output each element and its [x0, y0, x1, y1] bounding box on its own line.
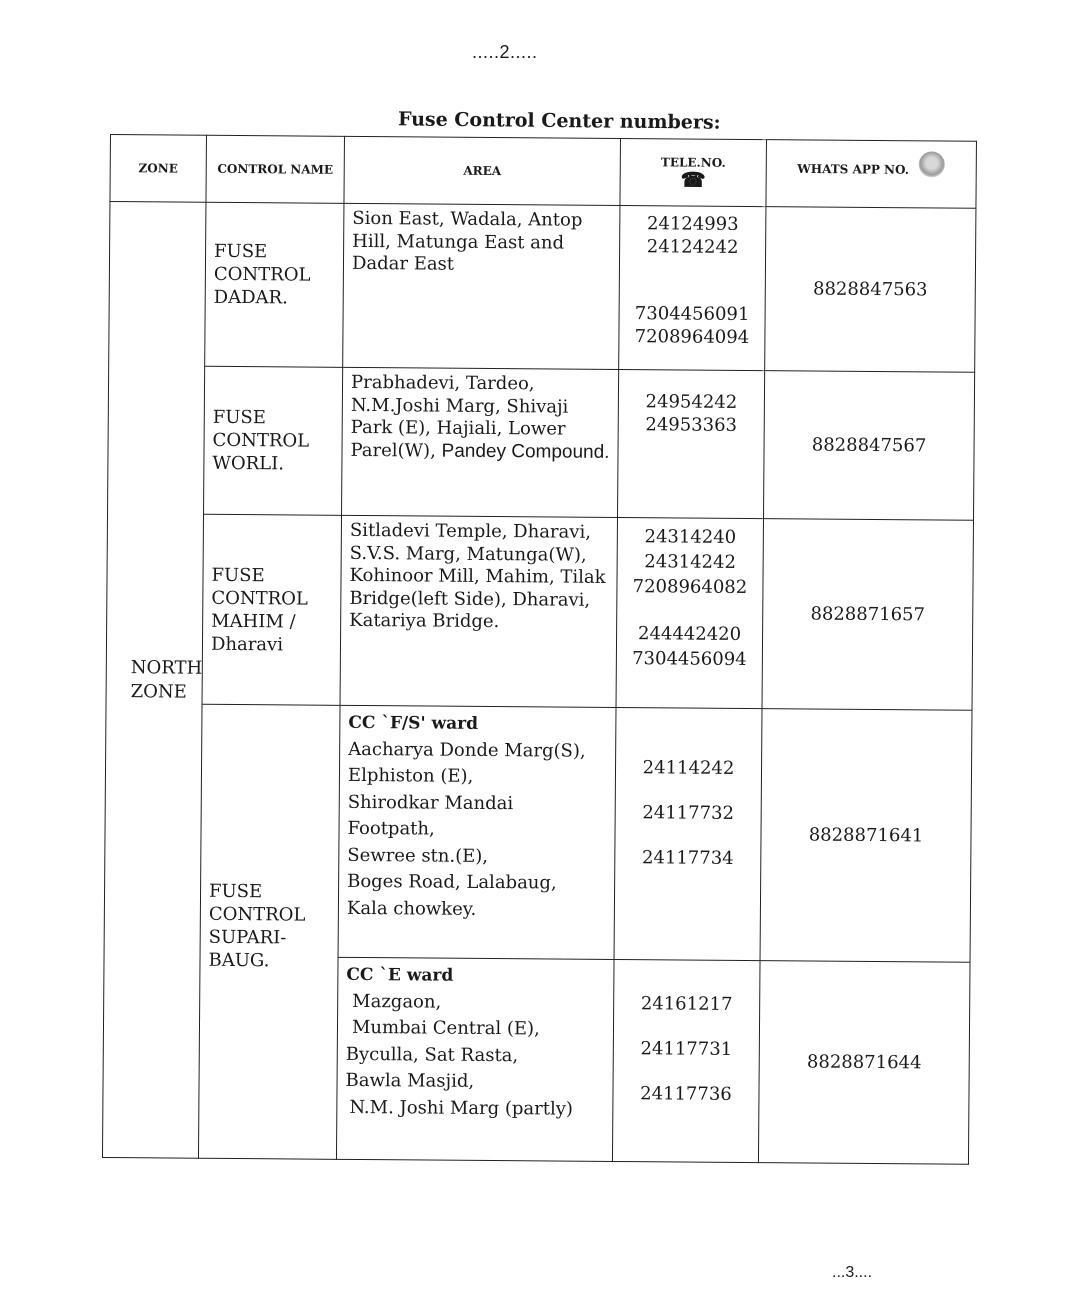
tele-number: 24953363	[619, 413, 764, 437]
control-name-cell: FUSE CONTROL WORLI.	[204, 366, 343, 515]
table-row: NORTH ZONE FUSE CONTROL DADAR. Sion East…	[109, 202, 976, 373]
tele-number: 24124993	[620, 212, 765, 236]
table-header-row: ZONE CONTROL NAME AREA TELE.NO. ☎ WHATS …	[110, 135, 976, 209]
area-line: Aacharya Donde Marg(S),	[348, 736, 609, 765]
tele-number: 7208964082	[617, 574, 762, 600]
tele-number: 24314242	[618, 549, 763, 575]
ward-label: CC `F/S' ward	[348, 710, 609, 739]
telephone-icon: ☎	[621, 169, 766, 190]
zone-cell: NORTH ZONE	[102, 202, 206, 1159]
tele-cell: 24161217 24117731 24117736	[612, 959, 760, 1162]
tele-number: 24117732	[616, 801, 761, 825]
control-name-cell: FUSE CONTROL DADAR.	[205, 202, 344, 367]
area-text-sans: Pandey Compound.	[441, 440, 609, 462]
area-cell: CC `F/S' ward Aacharya Donde Marg(S), El…	[338, 705, 616, 959]
tele-cell: 24124993 24124242 7304456091 7208964094	[619, 206, 766, 371]
whatsapp-cell: 8828847567	[763, 371, 974, 521]
header-zone: ZONE	[110, 135, 207, 203]
tele-cell: 24114242 24117732 24117734	[614, 707, 762, 960]
header-area: AREA	[344, 136, 621, 205]
tele-number: 7304456091	[620, 302, 765, 326]
control-name-cell: FUSE CONTROL MAHIM / Dharavi	[202, 514, 341, 705]
fuse-control-table: ZONE CONTROL NAME AREA TELE.NO. ☎ WHATS …	[102, 134, 977, 1165]
whatsapp-cell: 8828871644	[758, 961, 970, 1165]
area-line: Shirodkar Mandai	[348, 789, 609, 818]
page-title: Fuse Control Center numbers:	[398, 108, 721, 133]
header-whatsapp-label: WHATS APP NO.	[797, 162, 909, 177]
area-cell: CC `E ward Mazgaon, Mumbai Central (E), …	[336, 957, 614, 1161]
table-row: FUSE CONTROL SUPARI-BAUG. CC `F/S' ward …	[104, 703, 972, 962]
area-line: Byculla, Sat Rasta,	[346, 1041, 607, 1070]
area-line: Elphiston (E),	[348, 763, 609, 792]
table-row: FUSE CONTROL MAHIM / Dharavi Sitladevi T…	[106, 513, 973, 710]
tele-number: 24954242	[619, 390, 764, 414]
area-cell: Prabhadevi, Tardeo, N.M.Joshi Marg, Shiv…	[342, 367, 619, 517]
area-line: Sewree stn.(E),	[347, 842, 608, 871]
area-line: Bawla Masjid,	[345, 1068, 606, 1097]
control-name-cell: FUSE CONTROL SUPARI-BAUG.	[198, 704, 340, 1159]
whatsapp-icon	[919, 151, 945, 177]
tele-cell: 24314240 24314242 7208964082 244442420 7…	[616, 517, 763, 708]
tele-number: 24124242	[620, 235, 765, 259]
tele-number: 24114242	[616, 756, 761, 780]
header-whatsapp-no: WHATS APP NO.	[766, 140, 977, 209]
area-line: Boges Road, Lalabaug,	[347, 869, 608, 898]
tele-number: 7304456094	[617, 646, 762, 672]
area-cell: Sitladevi Temple, Dharavi, S.V.S. Marg, …	[340, 515, 617, 707]
table-row: FUSE CONTROL WORLI. Prabhadevi, Tardeo, …	[108, 365, 975, 520]
whatsapp-cell: 8828847563	[765, 207, 976, 373]
area-cell: Sion East, Wadala, Antop Hill, Matunga E…	[343, 203, 620, 369]
area-line: Kala chowkey.	[347, 895, 608, 924]
tele-number: 24117731	[614, 1037, 759, 1061]
tele-number: 24314240	[618, 524, 763, 550]
tele-number: 7208964094	[619, 325, 764, 349]
whatsapp-cell: 8828871641	[760, 709, 972, 963]
area-line: Mumbai Central (E),	[346, 1015, 607, 1044]
header-control-name: CONTROL NAME	[206, 135, 345, 203]
page-number-top: .....2.....	[472, 42, 538, 63]
ward-label: CC `E ward	[346, 962, 607, 991]
header-tele-no: TELE.NO. ☎	[620, 139, 767, 207]
tele-number: 244442420	[617, 621, 762, 647]
area-line: Footpath,	[347, 816, 608, 845]
area-line: N.M. Joshi Marg (partly)	[345, 1094, 606, 1123]
tele-number: 24117736	[613, 1082, 758, 1106]
area-line: Mazgaon,	[346, 988, 607, 1017]
tele-number: 24161217	[614, 992, 759, 1016]
page-number-bottom: ...3....	[832, 1264, 872, 1282]
tele-number: 24117734	[615, 846, 760, 870]
tele-cell: 24954242 24953363	[618, 370, 765, 519]
whatsapp-cell: 8828871657	[762, 519, 973, 711]
